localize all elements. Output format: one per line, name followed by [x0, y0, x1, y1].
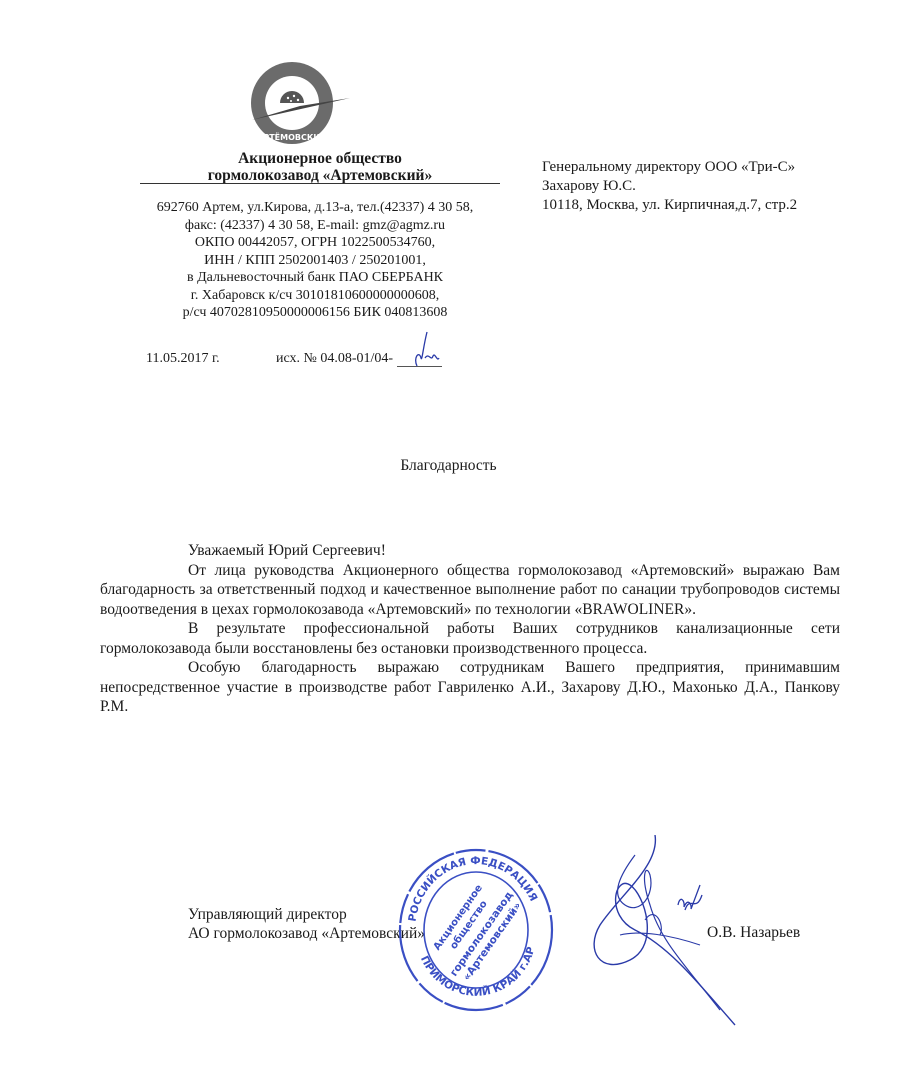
organization-name: Акционерное общество гормолокозавод «Арт…	[140, 150, 500, 184]
requisite-line: р/сч 40702810950000006156 БИК 040813608	[130, 304, 500, 322]
recipient-block: Генеральному директору ООО «Три-С» Захар…	[542, 158, 797, 215]
greeting: Уважаемый Юрий Сергеевич!	[100, 541, 840, 561]
letter-body: Уважаемый Юрий Сергеевич! От лица руково…	[100, 541, 840, 717]
recipient-line: 10118, Москва, ул. Кирпичная,д.7, стр.2	[542, 196, 797, 215]
org-name-line1: Акционерное общество	[140, 150, 500, 167]
document-title: Благодарность	[0, 457, 897, 475]
position-line2: АО гормолокозавод «Артемовский»	[188, 924, 425, 943]
recipient-line: Генеральному директору ООО «Три-С»	[542, 158, 797, 177]
requisite-line: в Дальневосточный банк ПАО СБЕРБАНК	[130, 269, 500, 287]
requisite-line: 692760 Артем, ул.Кирова, д.13-а, тел.(42…	[130, 199, 500, 217]
company-stamp-icon: РОССИЙСКАЯ ФЕДЕРАЦИЯ ПРИМОРСКИЙ КРАЙ г.А…	[395, 845, 557, 1015]
outgoing-number: исх. № 04.08-01/04-	[276, 351, 393, 367]
position-line1: Управляющий директор	[188, 905, 425, 924]
signatory-position: Управляющий директор АО гормолокозавод «…	[188, 905, 425, 943]
company-logo-icon: «АРТЁМОВСКИЙ»	[240, 58, 352, 148]
letterhead-divider	[140, 183, 500, 184]
requisite-line: г. Хабаровск к/сч 30101810600000000608,	[130, 287, 500, 305]
recipient-line: Захарову Ю.С.	[542, 177, 797, 196]
requisite-line: ОКПО 00442057, ОГРН 1022500534760,	[130, 234, 500, 252]
org-name-line2: гормолокозавод «Артемовский»	[140, 167, 500, 184]
signatory-name: О.В. Назарьев	[707, 924, 800, 942]
body-paragraph: Особую благодарность выражаю сотрудникам…	[100, 658, 840, 717]
requisite-line: ИНН / КПП 2502001403 / 250201001,	[130, 252, 500, 270]
requisite-line: факс: (42337) 4 30 58, E-mail: gmz@agmz.…	[130, 217, 500, 235]
svg-text:«АРТЁМОВСКИЙ»: «АРТЁМОВСКИЙ»	[252, 131, 332, 142]
body-paragraph: От лица руководства Акционерного обществ…	[100, 561, 840, 620]
initials-signature-icon	[405, 328, 445, 373]
letter-date: 11.05.2017 г.	[146, 351, 220, 367]
company-requisites: 692760 Артем, ул.Кирова, д.13-а, тел.(42…	[130, 199, 500, 322]
body-paragraph: В результате профессиональной работы Ваш…	[100, 619, 840, 658]
